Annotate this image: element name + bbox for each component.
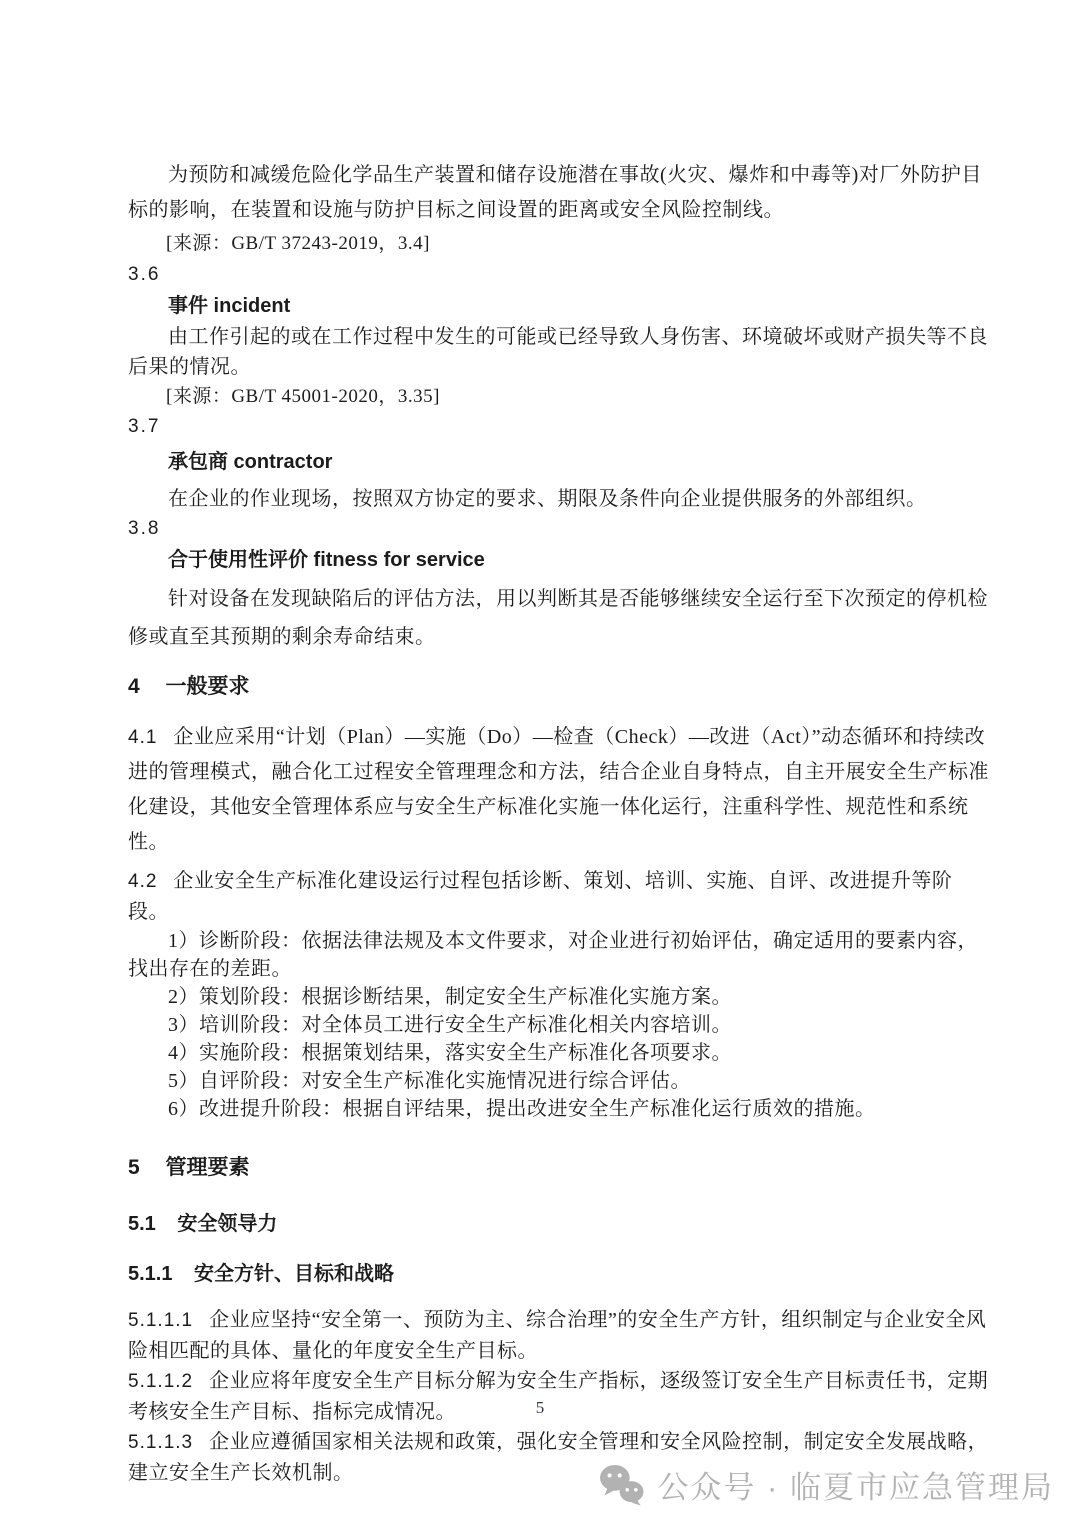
stage-item-improvement: 6）改进提升阶段：根据自评结果，提出改进安全生产标准化运行质效的措施。 <box>128 1095 990 1123</box>
section-title: 管理要素 <box>166 1156 250 1179</box>
subsection-title: 安全领导力 <box>177 1213 277 1235</box>
clause-number: 5.1.1.3 <box>128 1432 193 1453</box>
section-heading-5: 5 管理要素 <box>128 1151 990 1185</box>
definition-incident: 由工作引起的或在工作过程中发生的可能或已经导致人身伤害、环境破坏或财产损失等不良… <box>128 322 990 382</box>
page-number: 5 <box>0 1398 1080 1418</box>
clause-number: 5.1.1.1 <box>128 1310 193 1331</box>
section-heading-4: 4 一般要求 <box>128 670 990 704</box>
source-reference: [来源：GB/T 37243-2019，3.4] <box>128 228 990 260</box>
stage-item-implementation: 4）实施阶段：根据策划结果，落实安全生产标准化各项要求。 <box>128 1039 990 1067</box>
offsite-protection-definition: 为预防和减缓危险化学品生产装置和储存设施潜在事故(火灾、爆炸和中毒等)对厂外防护… <box>128 158 990 228</box>
term-heading-contractor: 承包商 contractor <box>128 446 990 478</box>
subsection-number: 5.1 <box>128 1207 156 1241</box>
section-title: 一般要求 <box>166 675 250 698</box>
document-page: 为预防和减缓危险化学品生产装置和储存设施潜在事故(火灾、爆炸和中毒等)对厂外防护… <box>0 0 1080 1527</box>
clause-text: 企业应采用“计划（Plan）—实施（Do）—检查（Check）—改进（Act）”… <box>128 726 989 853</box>
clause-number: 4.1 <box>128 727 157 748</box>
clause-number: 4.2 <box>128 871 157 892</box>
stage-item-diagnosis: 1）诊断阶段：依据法律法规及本文件要求，对企业进行初始评估，确定适用的要素内容，… <box>128 927 990 983</box>
section-number: 4 <box>128 670 140 704</box>
subsection-heading-5-1-1: 5.1.1 安全方针、目标和战略 <box>128 1257 990 1291</box>
subsection-heading-5-1: 5.1 安全领导力 <box>128 1207 990 1241</box>
definition-fitness-for-service: 针对设备在发现缺陷后的评估方法，用以判断其是否能够继续安全运行至下次预定的停机检… <box>128 580 990 656</box>
section-number: 5 <box>128 1151 140 1185</box>
clause-number-3-7: 3.7 <box>128 412 990 442</box>
term-heading-incident: 事件 incident <box>128 290 990 322</box>
wechat-icon <box>599 1464 645 1506</box>
subsection-number: 5.1.1 <box>128 1257 172 1291</box>
stage-item-planning: 2）策划阶段：根据诊断结果，制定安全生产标准化实施方案。 <box>128 983 990 1011</box>
clause-number: 5.1.1.2 <box>128 1371 193 1392</box>
clause-4-1: 4.1企业应采用“计划（Plan）—实施（Do）—检查（Check）—改进（Ac… <box>128 720 990 860</box>
clause-5-1-1-1: 5.1.1.1企业应坚持“安全第一、预防为主、综合治理”的安全生产方针，组织制定… <box>128 1305 990 1366</box>
stage-item-self-evaluation: 5）自评阶段：对安全生产标准化实施情况进行综合评估。 <box>128 1067 990 1095</box>
definition-contractor: 在企业的作业现场，按照双方协定的要求、期限及条件向企业提供服务的外部组织。 <box>128 484 990 514</box>
clause-4-2: 4.2企业安全生产标准化建设运行过程包括诊断、策划、培训、实施、自评、改进提升等… <box>128 866 990 927</box>
clause-number-3-8: 3.8 <box>128 514 990 544</box>
term-heading-fitness-for-service: 合于使用性评价 fitness for service <box>128 544 990 576</box>
watermark-label: 公众号 · 临夏市应急管理局 <box>657 1462 1054 1507</box>
subsection-title: 安全方针、目标和战略 <box>194 1263 394 1285</box>
clause-number-3-6: 3.6 <box>128 260 990 290</box>
clause-text: 企业安全生产标准化建设运行过程包括诊断、策划、培训、实施、自评、改进提升等阶段。 <box>128 870 952 923</box>
document-content: 为预防和减缓危险化学品生产装置和储存设施潜在事故(火灾、爆炸和中毒等)对厂外防护… <box>128 158 990 1488</box>
source-reference: [来源：GB/T 45001-2020，3.35] <box>128 382 990 412</box>
wechat-watermark: 公众号 · 临夏市应急管理局 <box>599 1462 1054 1507</box>
stage-item-training: 3）培训阶段：对全体员工进行安全生产标准化相关内容培训。 <box>128 1011 990 1039</box>
clause-text: 企业应坚持“安全第一、预防为主、综合治理”的安全生产方针，组织制定与企业安全风险… <box>128 1309 986 1362</box>
